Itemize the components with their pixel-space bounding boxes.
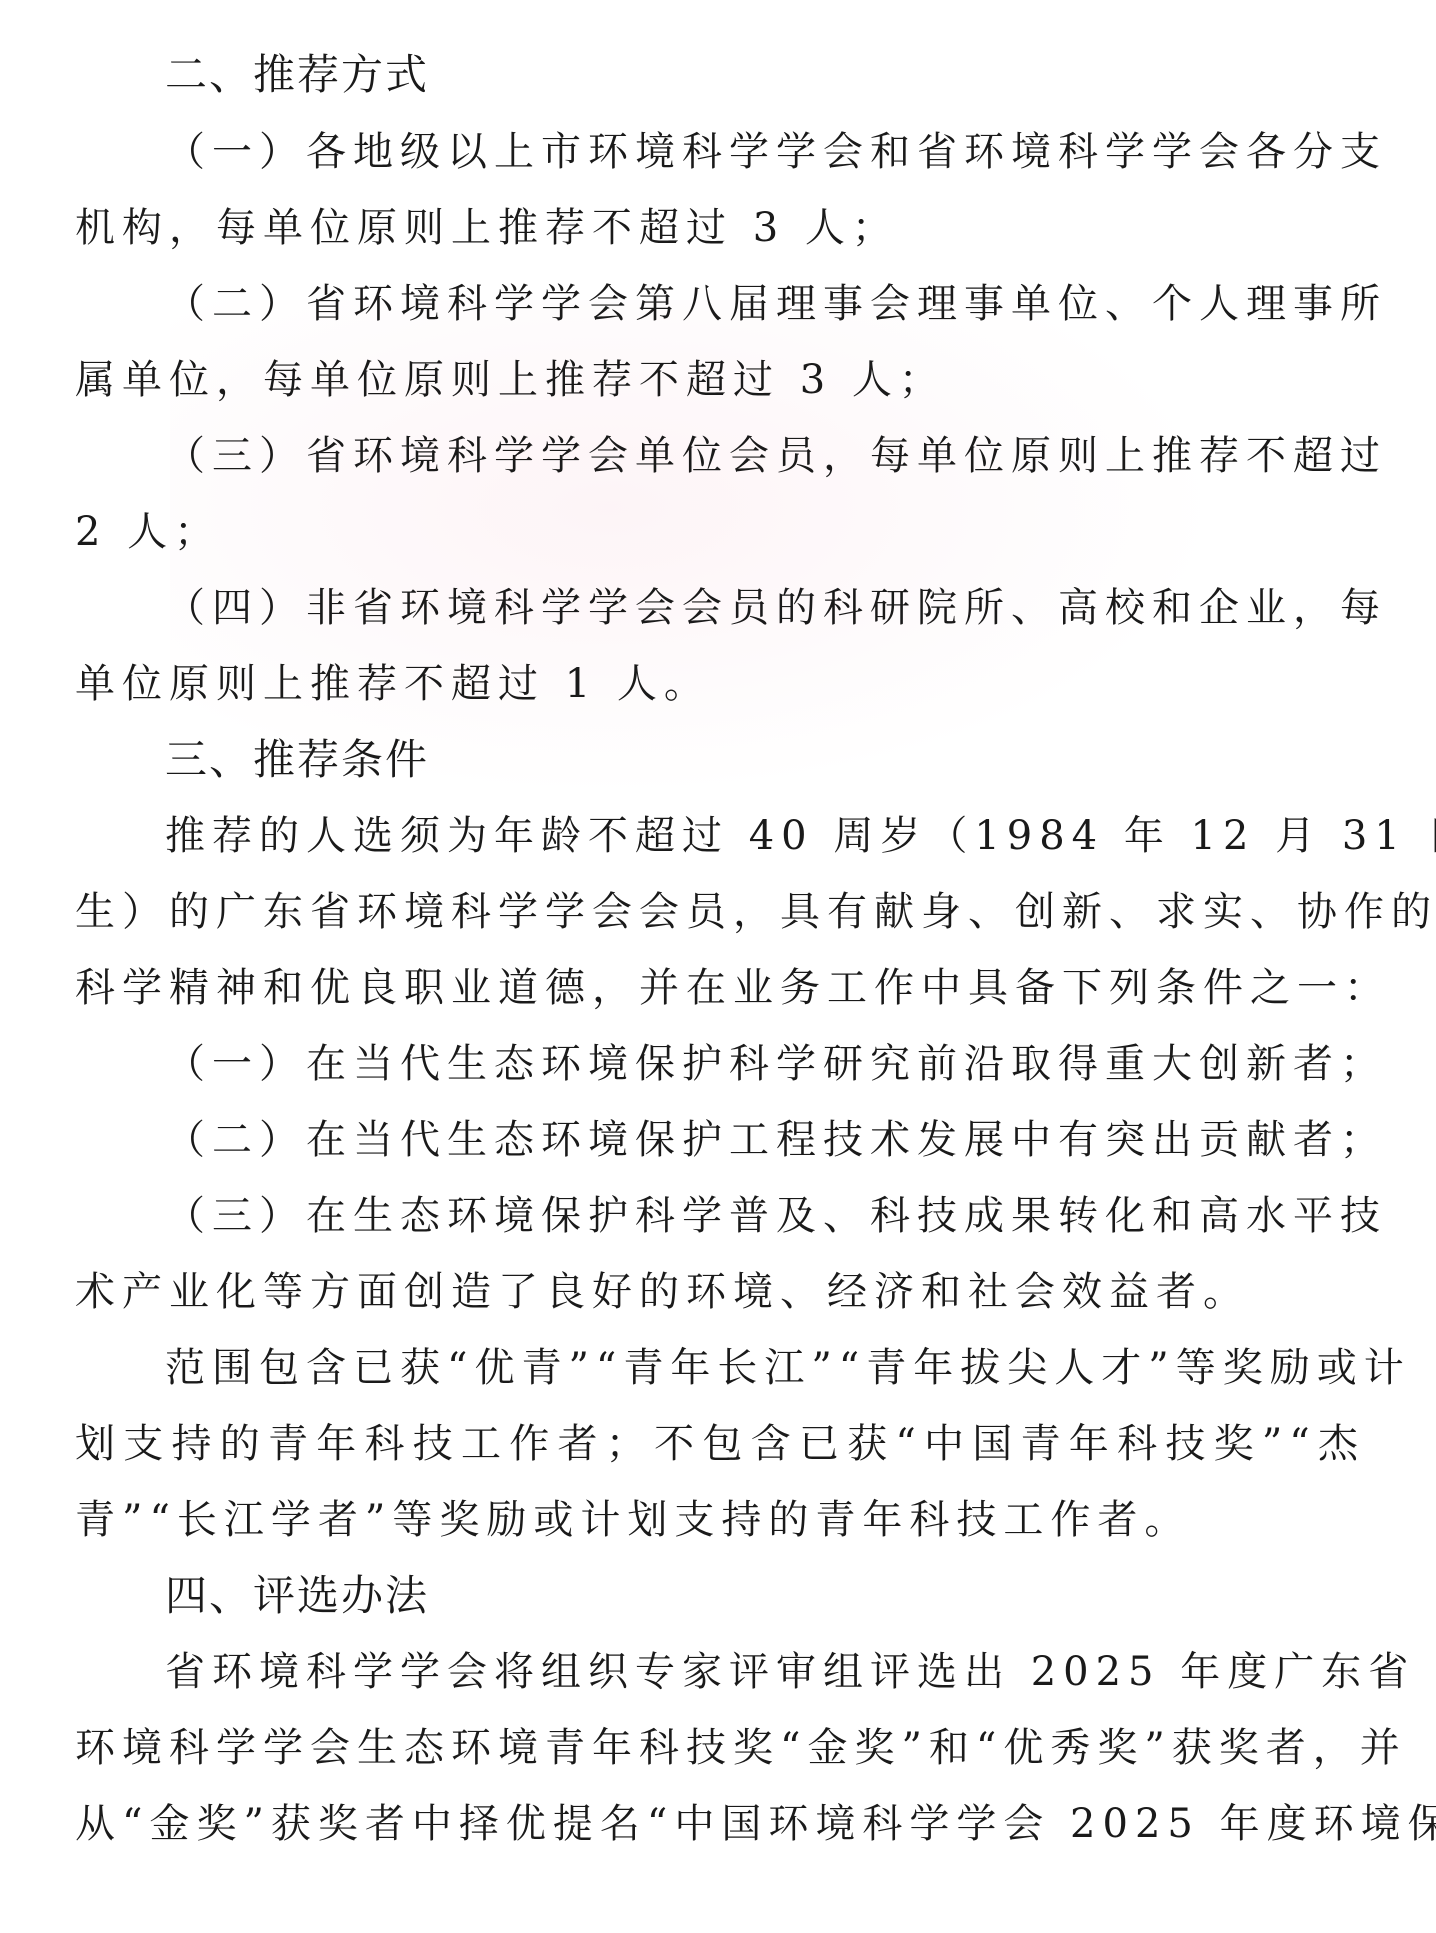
paragraph-line: 范围包含已获“优青”“青年长江”“青年拔尖人才”等奖励或计 (165, 1338, 1365, 1398)
paragraph-line: 从“金奖”获奖者中择优提名“中国环境科学学会 2025 年度环境保 (75, 1794, 1365, 1854)
paragraph-line: 青”“长江学者”等奖励或计划支持的青年科技工作者。 (75, 1490, 1365, 1550)
paragraph-line: 环境科学学会生态环境青年科技奖“金奖”和“优秀奖”获奖者，并 (75, 1718, 1365, 1778)
paragraph-line: 省环境科学学会将组织专家评审组评选出 2025 年度广东省 (165, 1642, 1365, 1702)
section-heading-selection-method: 四、评选办法 (165, 1566, 1436, 1626)
paragraph-line: （二）在当代生态环境保护工程技术发展中有突出贡献者； (165, 1110, 1365, 1170)
paragraph-line: （一）在当代生态环境保护科学研究前沿取得重大创新者； (165, 1034, 1365, 1094)
section-heading-recommendation-conditions: 三、推荐条件 (165, 730, 1436, 790)
paragraph-line: 术产业化等方面创造了良好的环境、经济和社会效益者。 (75, 1262, 1365, 1322)
paragraph-line: 划支持的青年科技工作者；不包含已获“中国青年科技奖”“杰 (75, 1414, 1365, 1474)
paragraph-line: 机构，每单位原则上推荐不超过 3 人； (75, 198, 1365, 258)
paragraph-line: 生）的广东省环境科学学会会员，具有献身、创新、求实、协作的 (75, 882, 1365, 942)
paragraph-line: （三）省环境科学学会单位会员，每单位原则上推荐不超过 (165, 426, 1365, 486)
document-page: 二、推荐方式 （一）各地级以上市环境科学学会和省环境科学学会各分支 机构，每单位… (0, 0, 1436, 1933)
paragraph-line: 科学精神和优良职业道德，并在业务工作中具备下列条件之一： (75, 958, 1365, 1018)
paragraph-line: （一）各地级以上市环境科学学会和省环境科学学会各分支 (165, 122, 1365, 182)
paragraph-line: 2 人； (75, 502, 1365, 562)
paragraph-line: （三）在生态环境保护科学普及、科技成果转化和高水平技 (165, 1186, 1365, 1246)
paragraph-line: （二）省环境科学学会第八届理事会理事单位、个人理事所 (165, 274, 1365, 334)
paragraph-line: 单位原则上推荐不超过 1 人。 (75, 654, 1365, 714)
paragraph-line: 推荐的人选须为年龄不超过 40 周岁（1984 年 12 月 31 日后出 (165, 806, 1365, 866)
paragraph-line: （四）非省环境科学学会会员的科研院所、高校和企业，每 (165, 578, 1365, 638)
section-heading-recommendation-method: 二、推荐方式 (165, 45, 1436, 105)
paragraph-line: 属单位，每单位原则上推荐不超过 3 人； (75, 350, 1365, 410)
